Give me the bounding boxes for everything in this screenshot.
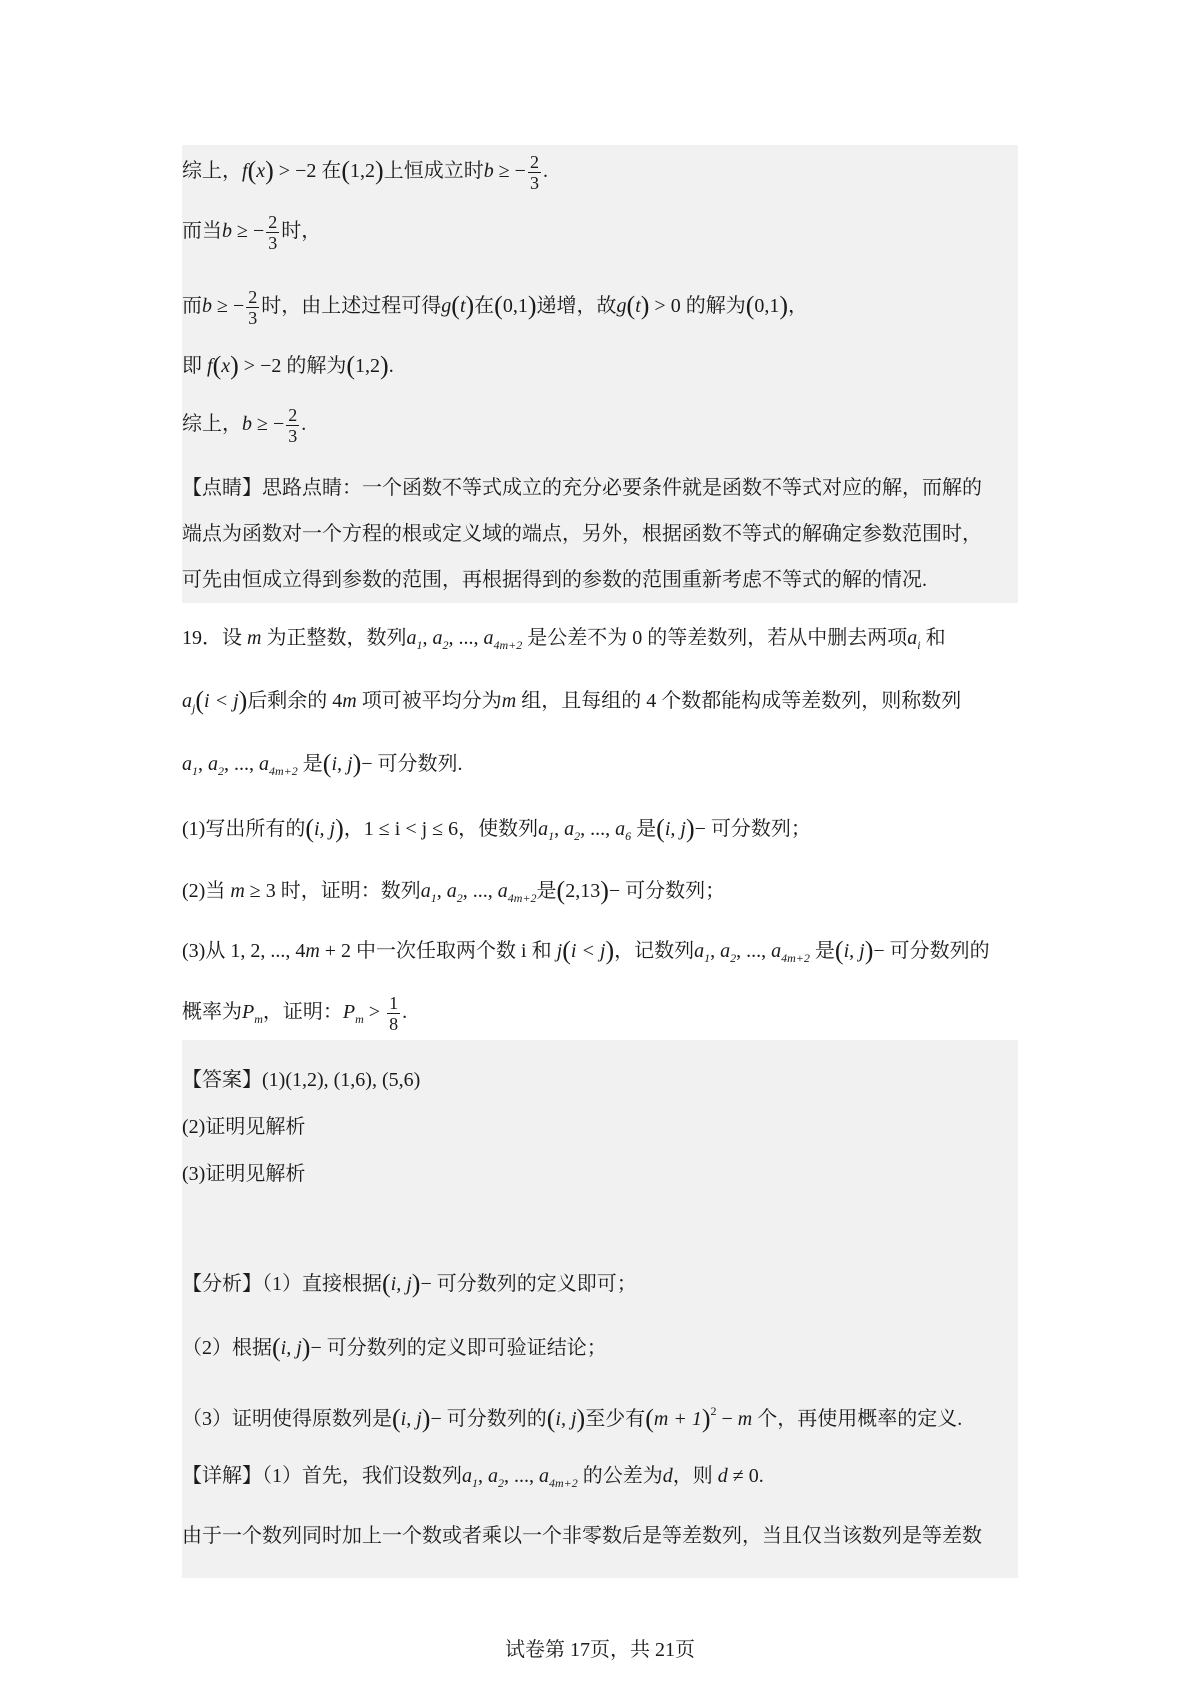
analysis-line-1: 【分析】（1）直接根据(i, j)− 可分数列的定义即可； [182,1270,637,1298]
dianjing-line-2: 端点为函数对一个方程的根或定义域的端点，另外，根据函数不等式的解确定参数范围时， [182,520,982,548]
answer-line-3: (3)证明见解析 [182,1160,305,1188]
fraction: 23 [246,287,259,328]
solution-panel-bottom [182,1040,1018,1578]
detail-line-2: 由于一个数列同时加上一个数或者乘以一个非零数后是等差数列，当且仅当该数列是等差数 [182,1522,982,1550]
analysis-line-2: （2）根据(i, j)− 可分数列的定义即可验证结论； [182,1334,607,1362]
dianjing-line-3: 可先由恒成立得到参数的范围，再根据得到的参数的范围重新考虑不等式的解的情况. [182,566,927,594]
answer-line-1: 【答案】(1)(1,2), (1,6), (5,6) [182,1066,420,1094]
dianjing-line-1: 【点睛】思路点睛：一个函数不等式成立的充分必要条件就是函数不等式对应的解，而解的 [182,474,982,502]
fraction: 23 [286,405,299,446]
conclusion-line-2: 而当b ≥ −23时， [182,212,321,253]
page-footer: 试卷第 17页，共 21页 [0,1633,1200,1662]
answer-label: 【答案】 [182,1069,262,1091]
question-19-line-2: aj(i < j)后剩余的 4m 项可被平均分为m 组，且每组的 4 个数都能构… [182,687,961,722]
answer-line-2: (2)证明见解析 [182,1113,305,1141]
question-19-line-1: 19．设 m 为正整数，数列a1, a2, ..., a4m+2 是公差不为 0… [182,624,946,659]
conclusion-line-1: 综上，f(x) > −2 在(1,2)上恒成立时b ≥ −23. [182,152,548,193]
question-19-part-3-cont: 概率为Pm，证明：Pm > 18. [182,993,407,1034]
detail-line-1: 【详解】（1）首先，我们设数列a1, a2, ..., a4m+2 的公差为d，… [182,1462,764,1497]
question-number: 19． [182,627,222,649]
analysis-line-3: （3）证明使得原数列是(i, j)− 可分数列的(i, j)至少有(m + 1)… [182,1397,962,1433]
fraction: 18 [387,993,400,1034]
conclusion-line-5: 综上，b ≥ −23. [182,405,306,446]
fraction: 23 [528,152,541,193]
question-19-part-3: (3)从 1, 2, ..., 4m + 2 中一次任取两个数 i 和 j(i … [182,937,990,972]
fraction: 23 [266,212,279,253]
question-19-part-2: (2)当 m ≥ 3 时，证明：数列a1, a2, ..., a4m+2是(2,… [182,877,725,912]
conclusion-line-4: 即 f(x) > −2 的解为(1,2). [182,352,394,380]
conclusion-line-3: 而b ≥ −23时，由上述过程可得g(t)在(0,1)递增，故g(t) > 0 … [182,287,808,328]
question-19-part-1: (1)写出所有的(i, j)，1 ≤ i < j ≤ 6，使数列a1, a2, … [182,815,811,850]
question-19-line-3: a1, a2, ..., a4m+2 是(i, j)− 可分数列. [182,750,463,785]
